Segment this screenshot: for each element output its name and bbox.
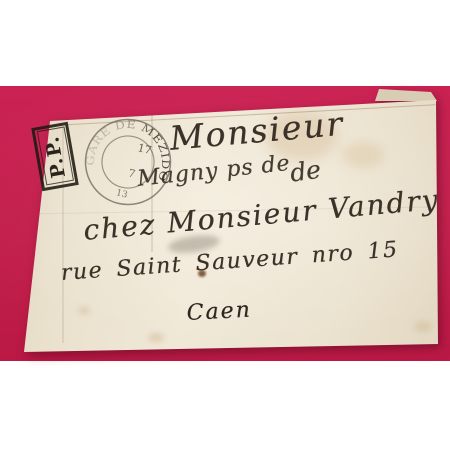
postmark-department: 13 — [115, 188, 129, 201]
address-line-street: rue Saint Sauveur nro 15 — [60, 237, 399, 286]
paper-stain — [342, 142, 384, 168]
paper-stain — [414, 321, 432, 332]
paper-stain — [78, 307, 90, 314]
postmark-day: 17 — [136, 141, 153, 157]
paper-stain — [148, 333, 164, 342]
address-line-origin-de: de — [288, 155, 323, 188]
postmark-month: 7 — [127, 167, 137, 181]
letter-photo: Monsieur Magny ps de de chez Monsieur Va… — [0, 86, 450, 361]
paper-stain — [192, 98, 226, 109]
postmark-inner-ring — [96, 130, 159, 193]
address-line-city: Caen — [186, 298, 252, 326]
